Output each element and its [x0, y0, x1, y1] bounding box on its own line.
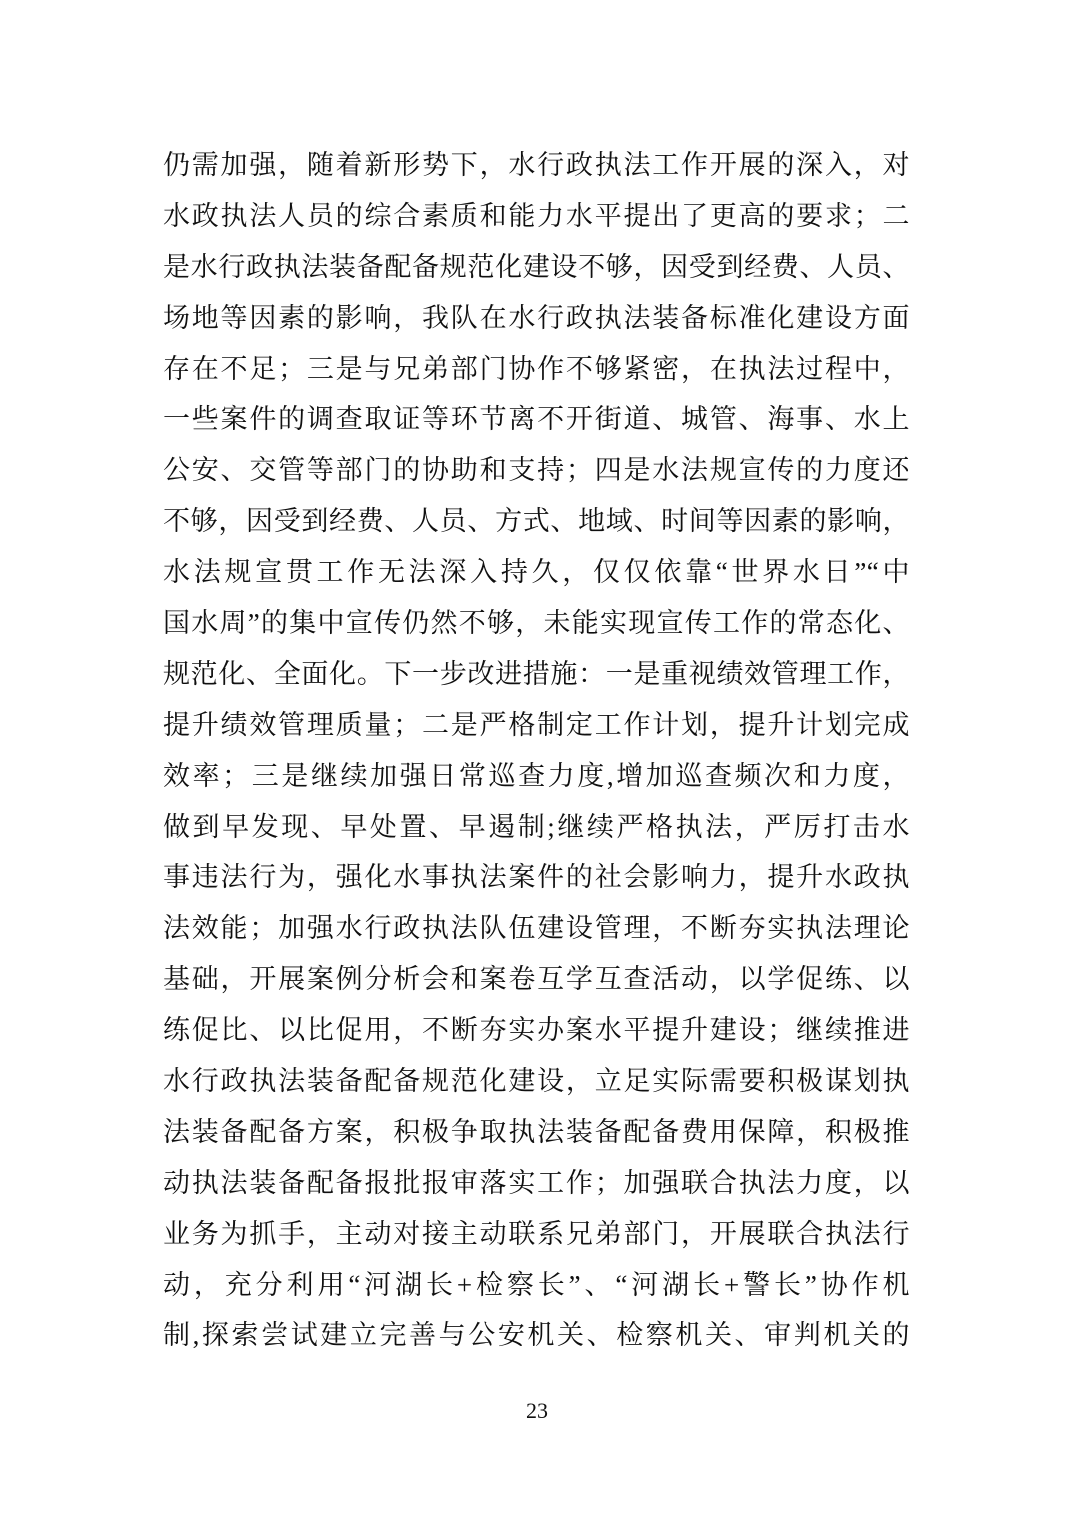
document-page: 仍需加强，随着新形势下，水行政执法工作开展的深入，对 水政执法人员的综合素质和能… [0, 0, 1074, 1520]
text-line: 法装备配备方案，积极争取执法装备配备费用保障，积极推 [163, 1107, 910, 1158]
text-line: 法效能；加强水行政执法队伍建设管理，不断夯实执法理论 [163, 903, 910, 954]
text-line: 水行政执法装备配备规范化建设，立足实际需要积极谋划执 [163, 1056, 910, 1107]
text-line: 基础，开展案例分析会和案卷互学互查活动，以学促练、以 [163, 954, 910, 1005]
text-line: 一些案件的调查取证等环节离不开街道、城管、海事、水上 [163, 394, 910, 445]
text-line: 事违法行为，强化水事执法案件的社会影响力，提升水政执 [163, 852, 910, 903]
text-line: 规范化、全面化。下一步改进措施：一是重视绩效管理工作， [163, 649, 910, 700]
text-line: 存在不足；三是与兄弟部门协作不够紧密，在执法过程中， [163, 344, 910, 395]
text-line: 仍需加强，随着新形势下，水行政执法工作开展的深入，对 [163, 140, 910, 191]
page-number: 23 [0, 1398, 1074, 1424]
text-line: 不够，因受到经费、人员、方式、地域、时间等因素的影响， [163, 496, 910, 547]
text-line: 国水周”的集中宣传仍然不够，未能实现宣传工作的常态化、 [163, 598, 910, 649]
text-line: 练促比、以比促用，不断夯实办案水平提升建设；继续推进 [163, 1005, 910, 1056]
text-line: 效率；三是继续加强日常巡查力度,增加巡查频次和力度， [163, 751, 910, 802]
text-line: 公安、交管等部门的协助和支持；四是水法规宣传的力度还 [163, 445, 910, 496]
text-line: 水政执法人员的综合素质和能力水平提出了更高的要求；二 [163, 191, 910, 242]
text-line: 水法规宣贯工作无法深入持久，仅仅依靠“世界水日”“中 [163, 547, 910, 598]
text-line: 制,探索尝试建立完善与公安机关、检察机关、审判机关的 [163, 1310, 910, 1361]
text-line: 提升绩效管理质量；二是严格制定工作计划，提升计划完成 [163, 700, 910, 751]
text-line: 动，充分利用“河湖长+检察长”、“河湖长+警长”协作机 [163, 1260, 910, 1311]
text-line: 场地等因素的影响，我队在水行政执法装备标准化建设方面 [163, 293, 910, 344]
text-line: 动执法装备配备报批报审落实工作；加强联合执法力度，以 [163, 1158, 910, 1209]
text-line: 做到早发现、早处置、早遏制;继续严格执法，严厉打击水 [163, 802, 910, 853]
text-line: 是水行政执法装备配备规范化建设不够，因受到经费、人员、 [163, 242, 910, 293]
text-line: 业务为抓手，主动对接主动联系兄弟部门，开展联合执法行 [163, 1209, 910, 1260]
paragraph-text: 仍需加强，随着新形势下，水行政执法工作开展的深入，对 水政执法人员的综合素质和能… [163, 140, 910, 1361]
